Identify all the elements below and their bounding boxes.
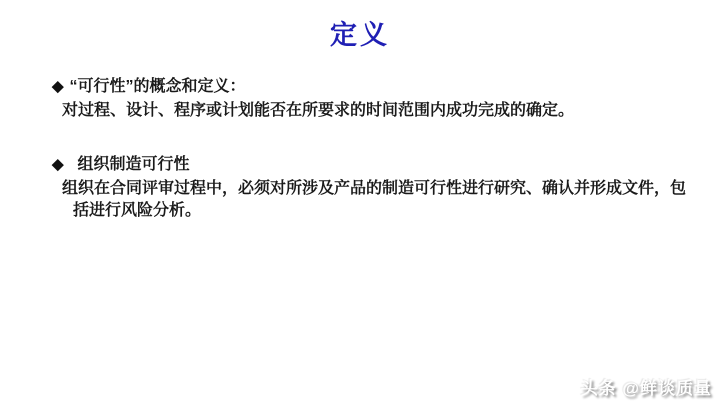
slide-title: 定义 xyxy=(0,0,720,52)
bullet-heading-text: 组织制造可行性 xyxy=(78,154,190,176)
bullet-heading: ◆ 组织制造可行性 xyxy=(52,154,692,176)
bullet-block-feasibility-definition: ◆ “可行性”的概念和定义： 对过程、设计、程序或计划能否在所要求的时间范围内成… xyxy=(52,76,692,122)
bullet-body-text: 对过程、设计、程序或计划能否在所要求的时间范围内成功完成的确定。 xyxy=(52,100,692,122)
bullet-block-manufacturing-feasibility: ◆ 组织制造可行性 组织在合同评审过程中，必须对所涉及产品的制造可行性进行研究、… xyxy=(52,154,692,222)
slide: 定义 ◆ “可行性”的概念和定义： 对过程、设计、程序或计划能否在所要求的时间范… xyxy=(0,0,720,405)
bullet-heading: ◆ “可行性”的概念和定义： xyxy=(52,76,692,98)
slide-content: ◆ “可行性”的概念和定义： 对过程、设计、程序或计划能否在所要求的时间范围内成… xyxy=(52,76,692,222)
diamond-bullet-icon: ◆ xyxy=(52,76,64,98)
bullet-body-text: 组织在合同评审过程中，必须对所涉及产品的制造可行性进行研究、确认并形成文件，包括… xyxy=(52,178,692,222)
diamond-bullet-icon: ◆ xyxy=(52,154,64,176)
bullet-heading-text: “可行性”的概念和定义： xyxy=(70,76,246,98)
toutiao-watermark: 头条 @鲜谈质量 xyxy=(581,374,712,399)
